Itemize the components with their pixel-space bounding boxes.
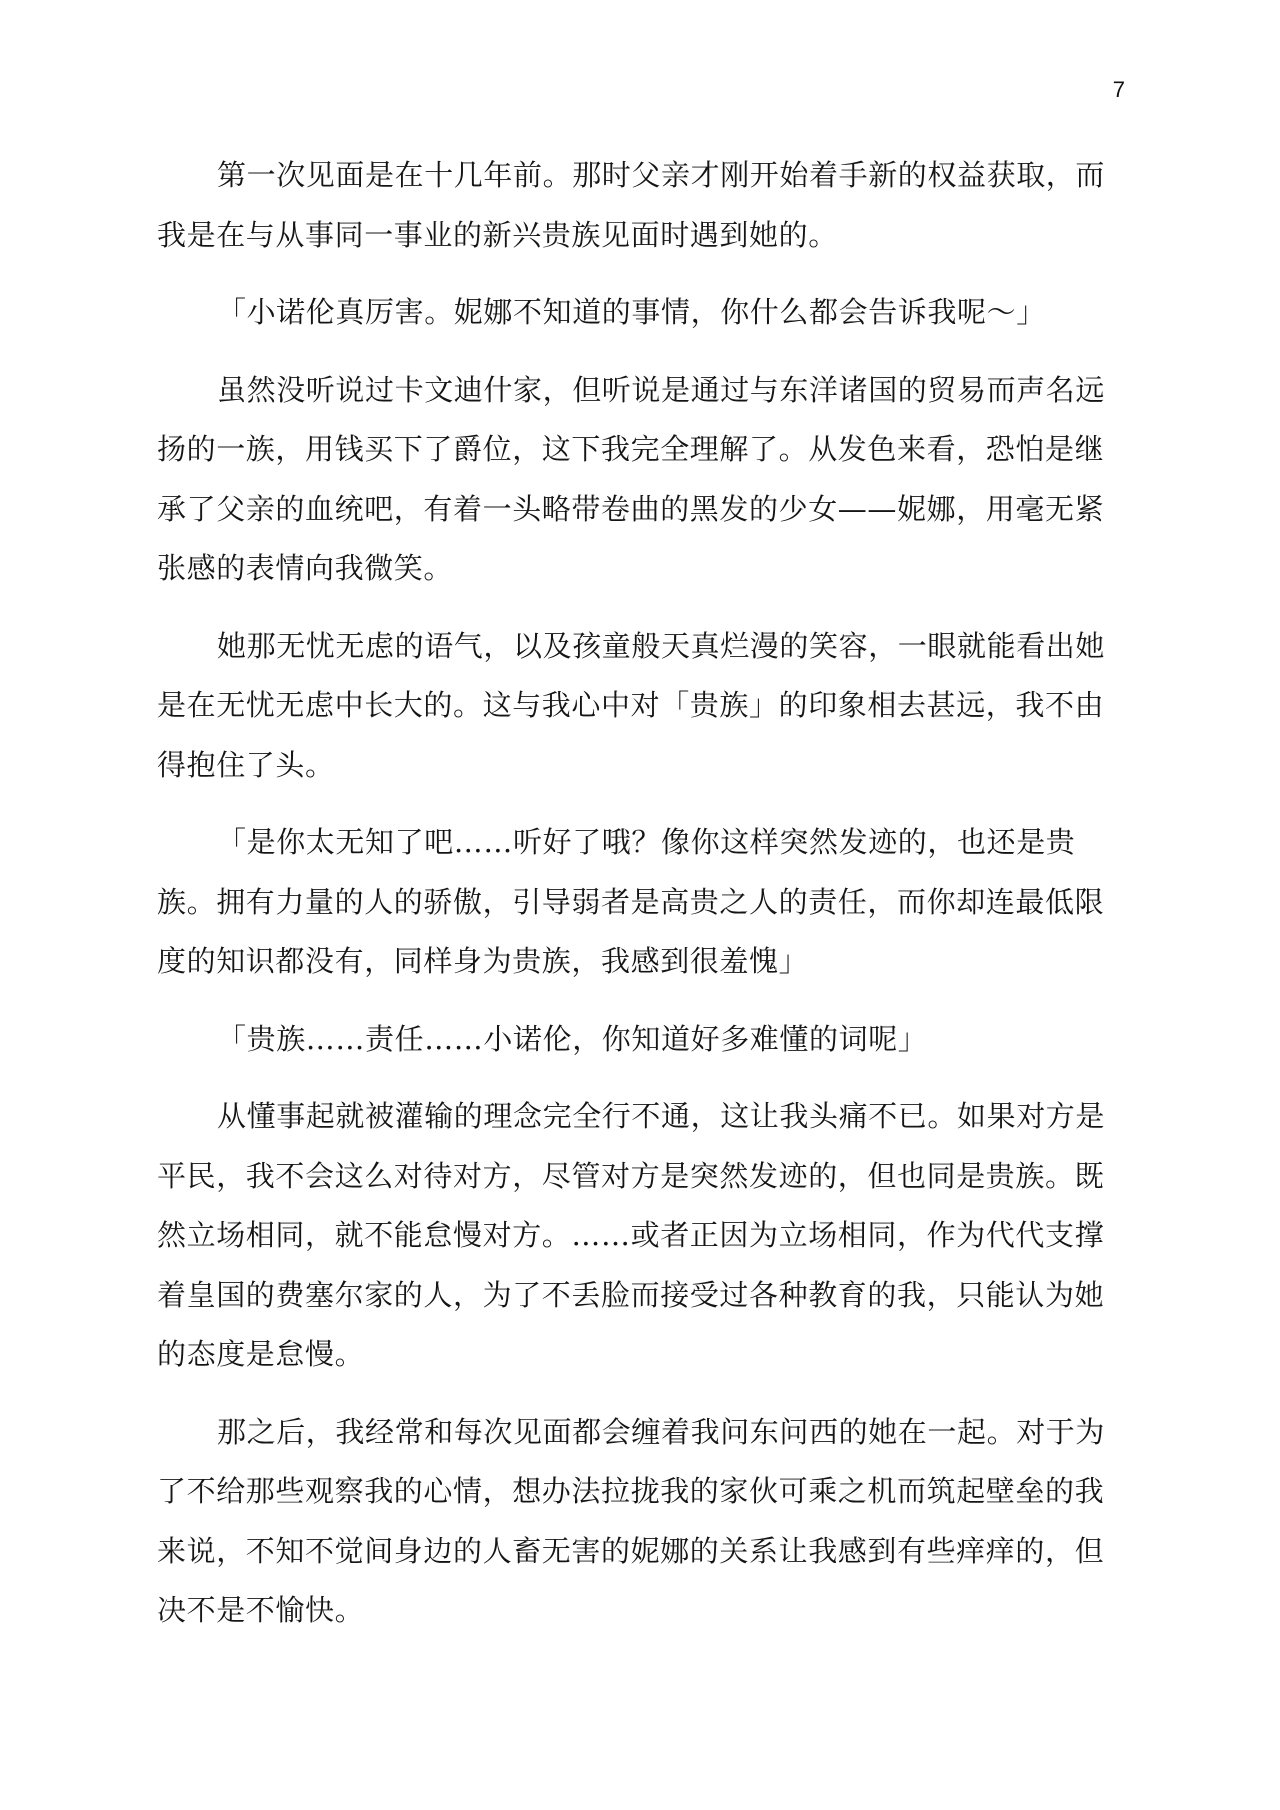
text-line: 的态度是怠慢。 <box>157 1325 1123 1385</box>
paragraph-dialogue: 「小诺伦真厉害。妮娜不知道的事情，你什么都会告诉我呢～」 <box>157 283 1123 343</box>
text-line: 平民，我不会这么对待对方，尽管对方是突然发迹的，但也同是贵族。既 <box>157 1147 1123 1207</box>
text-line: 那之后，我经常和每次见面都会缠着我问东问西的她在一起。对于为 <box>157 1403 1123 1463</box>
text-line: 从懂事起就被灌输的理念完全行不通，这让我头痛不已。如果对方是 <box>157 1087 1123 1147</box>
text-line: 「是你太无知了吧……听好了哦？像你这样突然发迹的，也还是贵 <box>157 813 1123 873</box>
text-line: 我是在与从事同一事业的新兴贵族见面时遇到她的。 <box>157 206 1123 266</box>
text-line: 「贵族……责任……小诺伦，你知道好多难懂的词呢」 <box>157 1010 1123 1070</box>
text-line: 是在无忧无虑中长大的。这与我心中对「贵族」的印象相去甚远，我不由 <box>157 676 1123 736</box>
body-text: 第一次见面是在十几年前。那时父亲才刚开始着手新的权益获取，而 我是在与从事同一事… <box>157 146 1123 1659</box>
text-line: 张感的表情向我微笑。 <box>157 539 1123 599</box>
page-number: 7 <box>1113 76 1125 104</box>
text-line: 着皇国的费塞尔家的人，为了不丢脸而接受过各种教育的我，只能认为她 <box>157 1266 1123 1326</box>
text-line: 决不是不愉快。 <box>157 1581 1123 1641</box>
text-line: 来说，不知不觉间身边的人畜无害的妮娜的关系让我感到有些痒痒的，但 <box>157 1522 1123 1582</box>
paragraph-narration: 虽然没听说过卡文迪什家，但听说是通过与东洋诸国的贸易而声名远 扬的一族，用钱买下… <box>157 361 1123 599</box>
paragraph-dialogue: 「是你太无知了吧……听好了哦？像你这样突然发迹的，也还是贵 族。拥有力量的人的骄… <box>157 813 1123 992</box>
text-line: 「小诺伦真厉害。妮娜不知道的事情，你什么都会告诉我呢～」 <box>157 283 1123 343</box>
document-page: 7 第一次见面是在十几年前。那时父亲才刚开始着手新的权益获取，而 我是在与从事同… <box>0 0 1280 1810</box>
text-line: 得抱住了头。 <box>157 736 1123 796</box>
text-line: 了不给那些观察我的心情，想办法拉拢我的家伙可乘之机而筑起壁垒的我 <box>157 1462 1123 1522</box>
paragraph-narration: 她那无忧无虑的语气，以及孩童般天真烂漫的笑容，一眼就能看出她 是在无忧无虑中长大… <box>157 617 1123 796</box>
text-line: 族。拥有力量的人的骄傲，引导弱者是高贵之人的责任，而你却连最低限 <box>157 873 1123 933</box>
text-line: 第一次见面是在十几年前。那时父亲才刚开始着手新的权益获取，而 <box>157 146 1123 206</box>
paragraph-dialogue: 「贵族……责任……小诺伦，你知道好多难懂的词呢」 <box>157 1010 1123 1070</box>
text-line: 扬的一族，用钱买下了爵位，这下我完全理解了。从发色来看，恐怕是继 <box>157 420 1123 480</box>
text-line: 度的知识都没有，同样身为贵族，我感到很羞愧」 <box>157 932 1123 992</box>
paragraph-narration: 第一次见面是在十几年前。那时父亲才刚开始着手新的权益获取，而 我是在与从事同一事… <box>157 146 1123 265</box>
text-line: 承了父亲的血统吧，有着一头略带卷曲的黑发的少女——妮娜，用毫无紧 <box>157 480 1123 540</box>
text-line: 然立场相同，就不能怠慢对方。……或者正因为立场相同，作为代代支撑 <box>157 1206 1123 1266</box>
text-line: 虽然没听说过卡文迪什家，但听说是通过与东洋诸国的贸易而声名远 <box>157 361 1123 421</box>
paragraph-narration: 从懂事起就被灌输的理念完全行不通，这让我头痛不已。如果对方是 平民，我不会这么对… <box>157 1087 1123 1385</box>
text-line: 她那无忧无虑的语气，以及孩童般天真烂漫的笑容，一眼就能看出她 <box>157 617 1123 677</box>
paragraph-narration: 那之后，我经常和每次见面都会缠着我问东问西的她在一起。对于为 了不给那些观察我的… <box>157 1403 1123 1641</box>
